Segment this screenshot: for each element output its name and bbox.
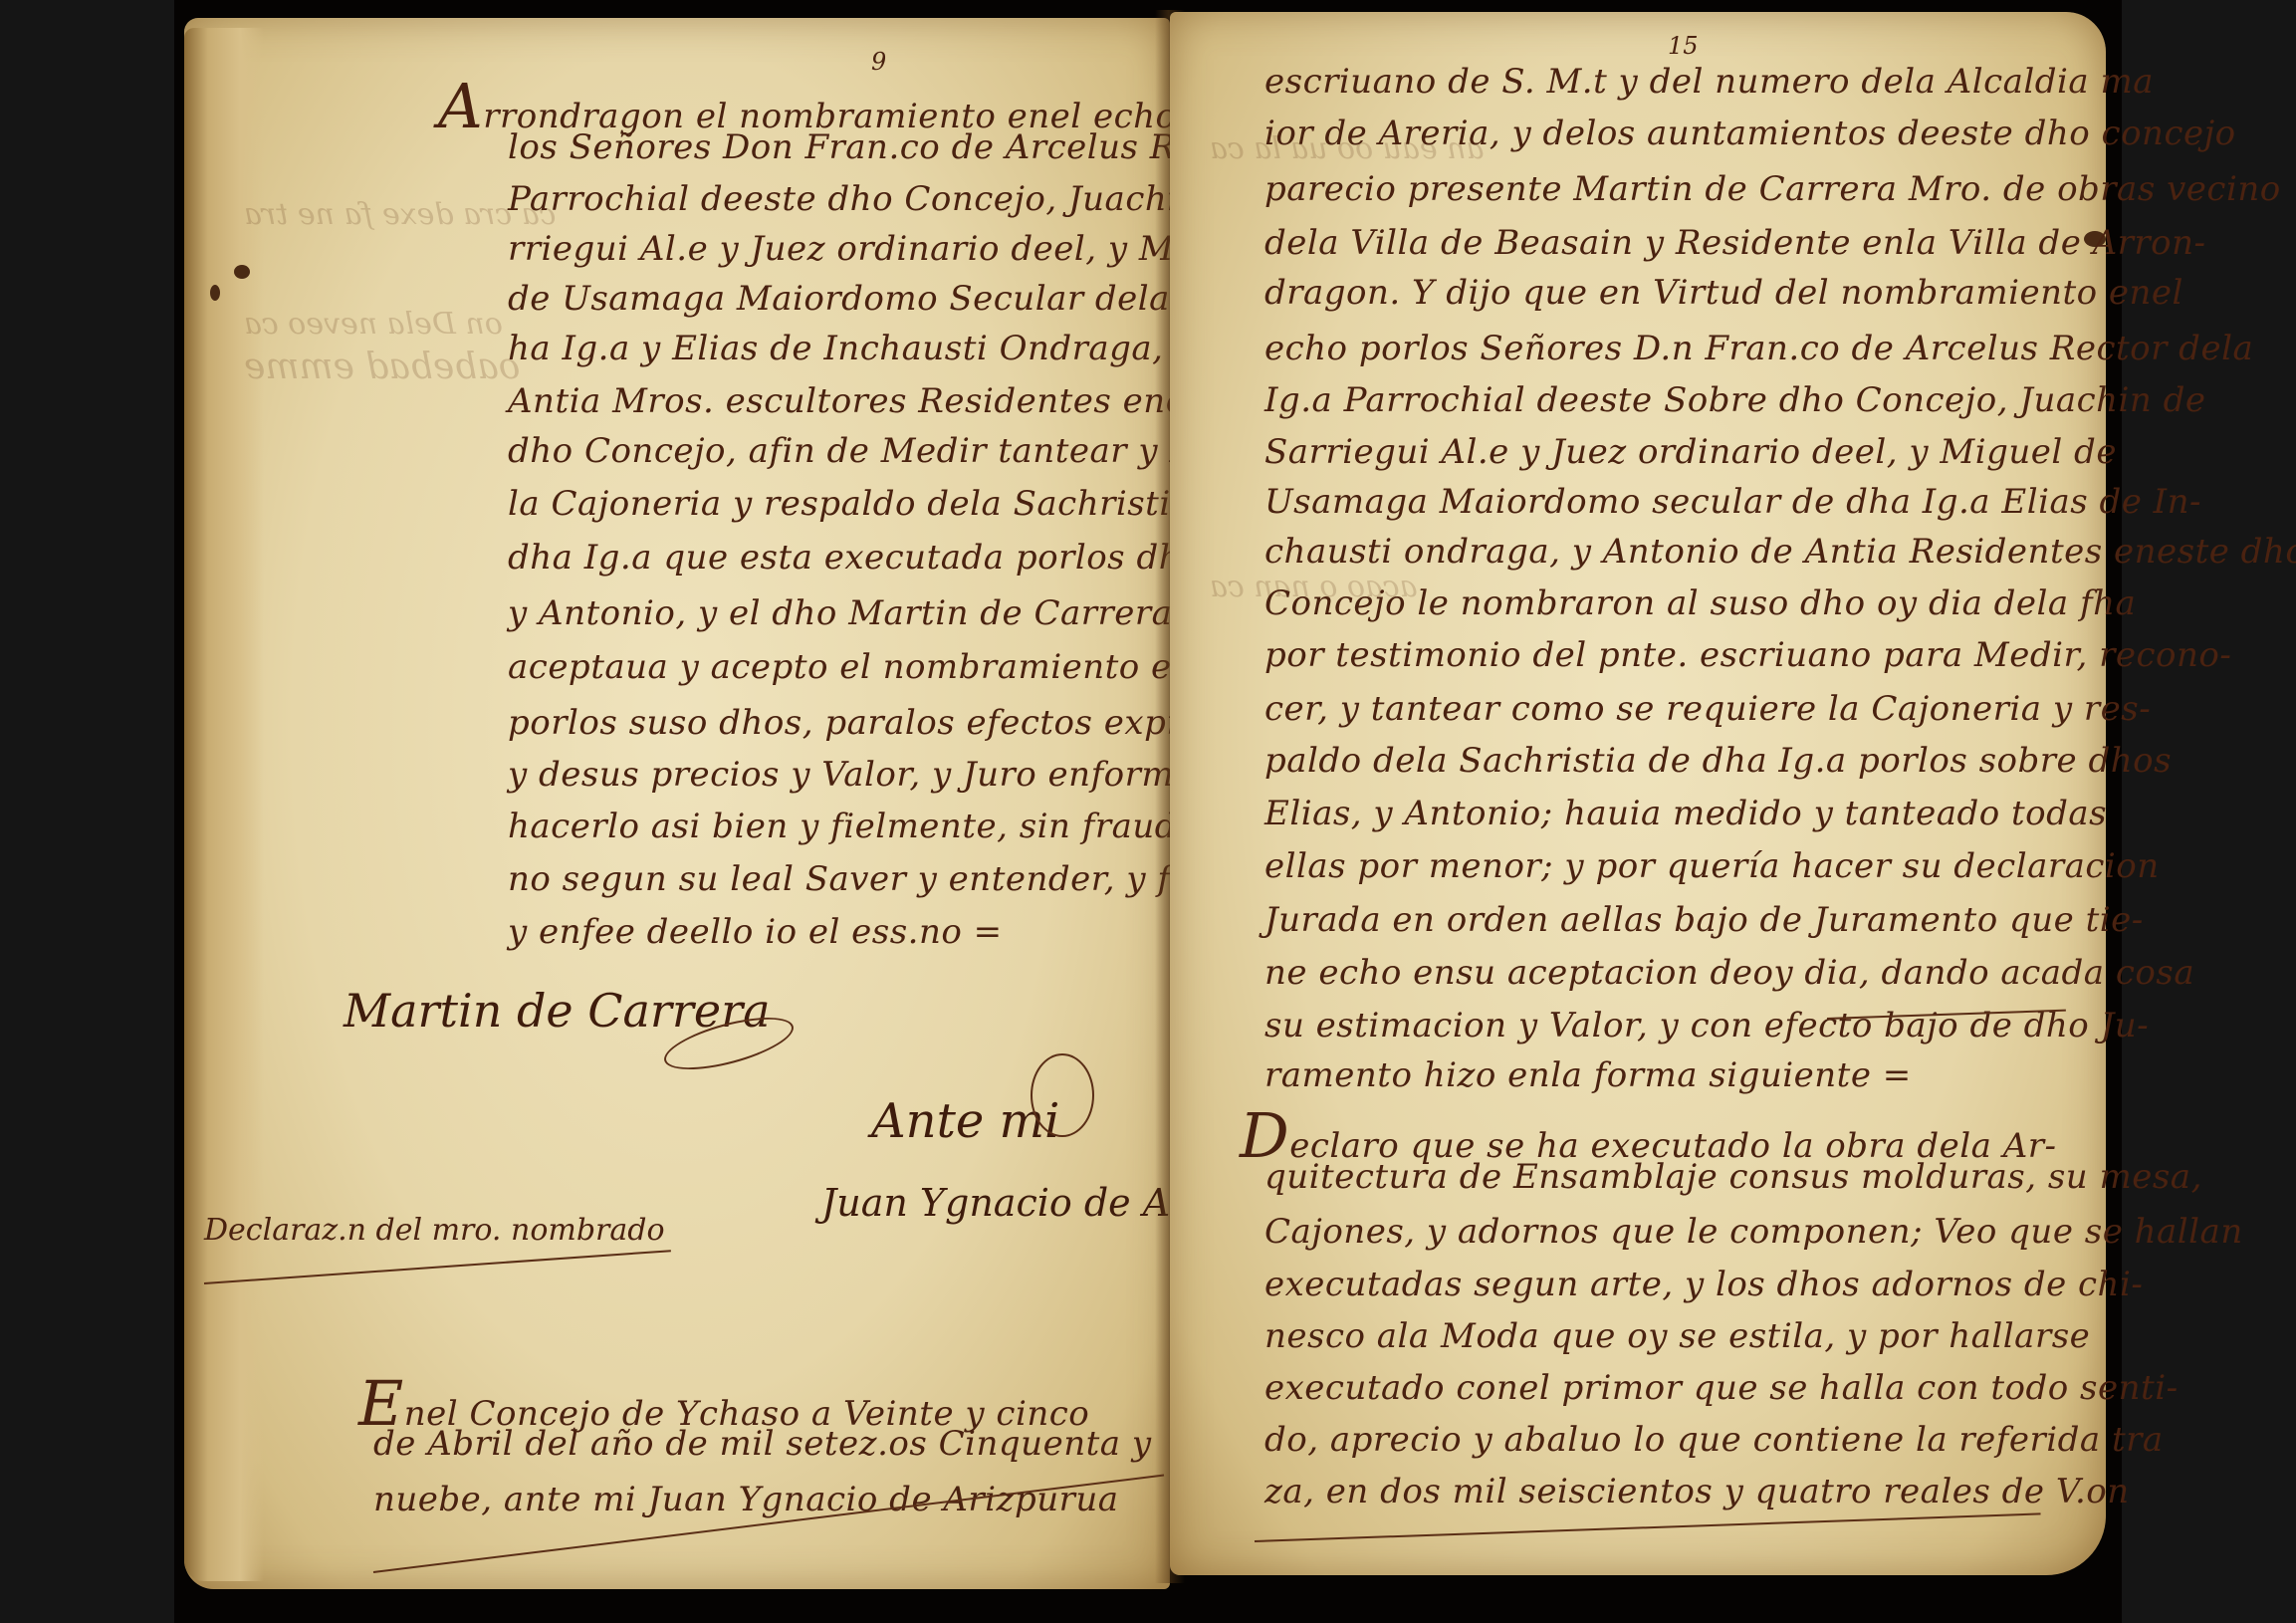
text-line: dragon. Y dijo que en Virtud del nombram… [1264,273,2183,313]
text-line: quitectura de Ensamblaje consus molduras… [1264,1157,2202,1197]
text-line: Cajones, y adornos que le componen; Veo … [1264,1212,2243,1252]
text-line: Concejo le nombraron al suso dho oy dia … [1264,583,2136,623]
text-line: y enfee deello io el ess.no = [508,912,1003,952]
text-line: por testimonio del pnte. escriuano para … [1264,635,2231,675]
underline-rule [204,1250,671,1284]
text-line: parecio presente Martin de Carrera Mro. … [1264,169,2281,209]
text-line: ior de Areria, y delos auntamientos dees… [1264,114,2236,153]
folio-number: 15 [1668,32,1699,60]
text-line: la Cajoneria y respaldo dela Sachristia … [508,484,1246,524]
text-line: Elias, y Antonio; hauia medido y tantead… [1264,794,2107,833]
ink-stain [234,265,250,279]
ink-bleed-through: oabebad emme [244,347,520,387]
text-line: ne echo ensu aceptacion deoy dia, dando … [1264,953,2194,993]
text-line: do, aprecio y abaluo lo que contiene la … [1264,1420,2164,1460]
margin-heading: Declaraz.n del mro. nombrado [204,1213,665,1248]
scan-background: ca cra dexe fa ne tra on Dela neveo ca o… [174,0,2122,1623]
text-line: cer, y tantear como se requiere la Cajon… [1264,689,2151,729]
text-line: y desus precios y Valor, y Juro enforma … [508,755,1249,795]
text-line: porlos suso dhos, paralos efectos expres… [508,703,1264,743]
right-page: an eau oo ua la ca acao o nan ca 15 escr… [1170,12,2106,1575]
text-line: escriuano de S. M.t y del numero dela Al… [1264,62,2154,102]
text-line: za, en dos mil seiscientos y quatro real… [1264,1472,2130,1511]
ink-stain [210,285,220,301]
text-line: paldo dela Sachristia de dha Ig.a porlos… [1264,741,2172,781]
text-line: echo porlos Señores D.n Fran.co de Arcel… [1264,329,2253,368]
page-fore-edge [184,28,264,1581]
text-line: Ig.a Parrochial deeste Sobre dho Concejo… [1264,380,2206,420]
text-line: Sarriegui Al.e y Juez ordinario deel, y … [1264,432,2117,472]
text-line: dela Villa de Beasain y Residente enla V… [1264,223,2206,263]
text-line: de Abril del año de mil setez.os Cinquen… [373,1424,1152,1464]
text-line: executado conel primor que se halla con … [1264,1368,2179,1408]
text-line: rriegui Al.e y Juez ordinario deel, y Mi… [508,229,1262,269]
text-line: Jurada en orden aellas bajo de Juramento… [1264,900,2144,940]
text-line: no segun su leal Saver y entender, y fir… [508,859,1252,899]
closing-rule [1255,1512,2041,1542]
signature-flourish [1031,1053,1094,1137]
text-line: nuebe, ante mi Juan Ygnacio de Arizpurua [373,1480,1119,1519]
ink-bleed-through: on Dela neveo ca [244,307,503,342]
text-line: aceptaua y acepto el nombramiento enel [508,647,1226,687]
text-line: executadas segun arte, y los dhos adorno… [1264,1265,2143,1304]
text-line: ellas por menor; y por quería hacer su d… [1264,846,2160,886]
text-line: Usamaga Maiordomo secular de dha Ig.a El… [1264,482,2201,522]
text-line: chausti ondraga, y Antonio de Antia Resi… [1264,532,2296,572]
text-line: ramento hizo enla forma siguiente = [1264,1055,1912,1095]
left-page: ca cra dexe fa ne tra on Dela neveo ca o… [184,18,1170,1589]
text-line: nesco ala Moda que oy se estila, y por h… [1264,1316,2090,1356]
